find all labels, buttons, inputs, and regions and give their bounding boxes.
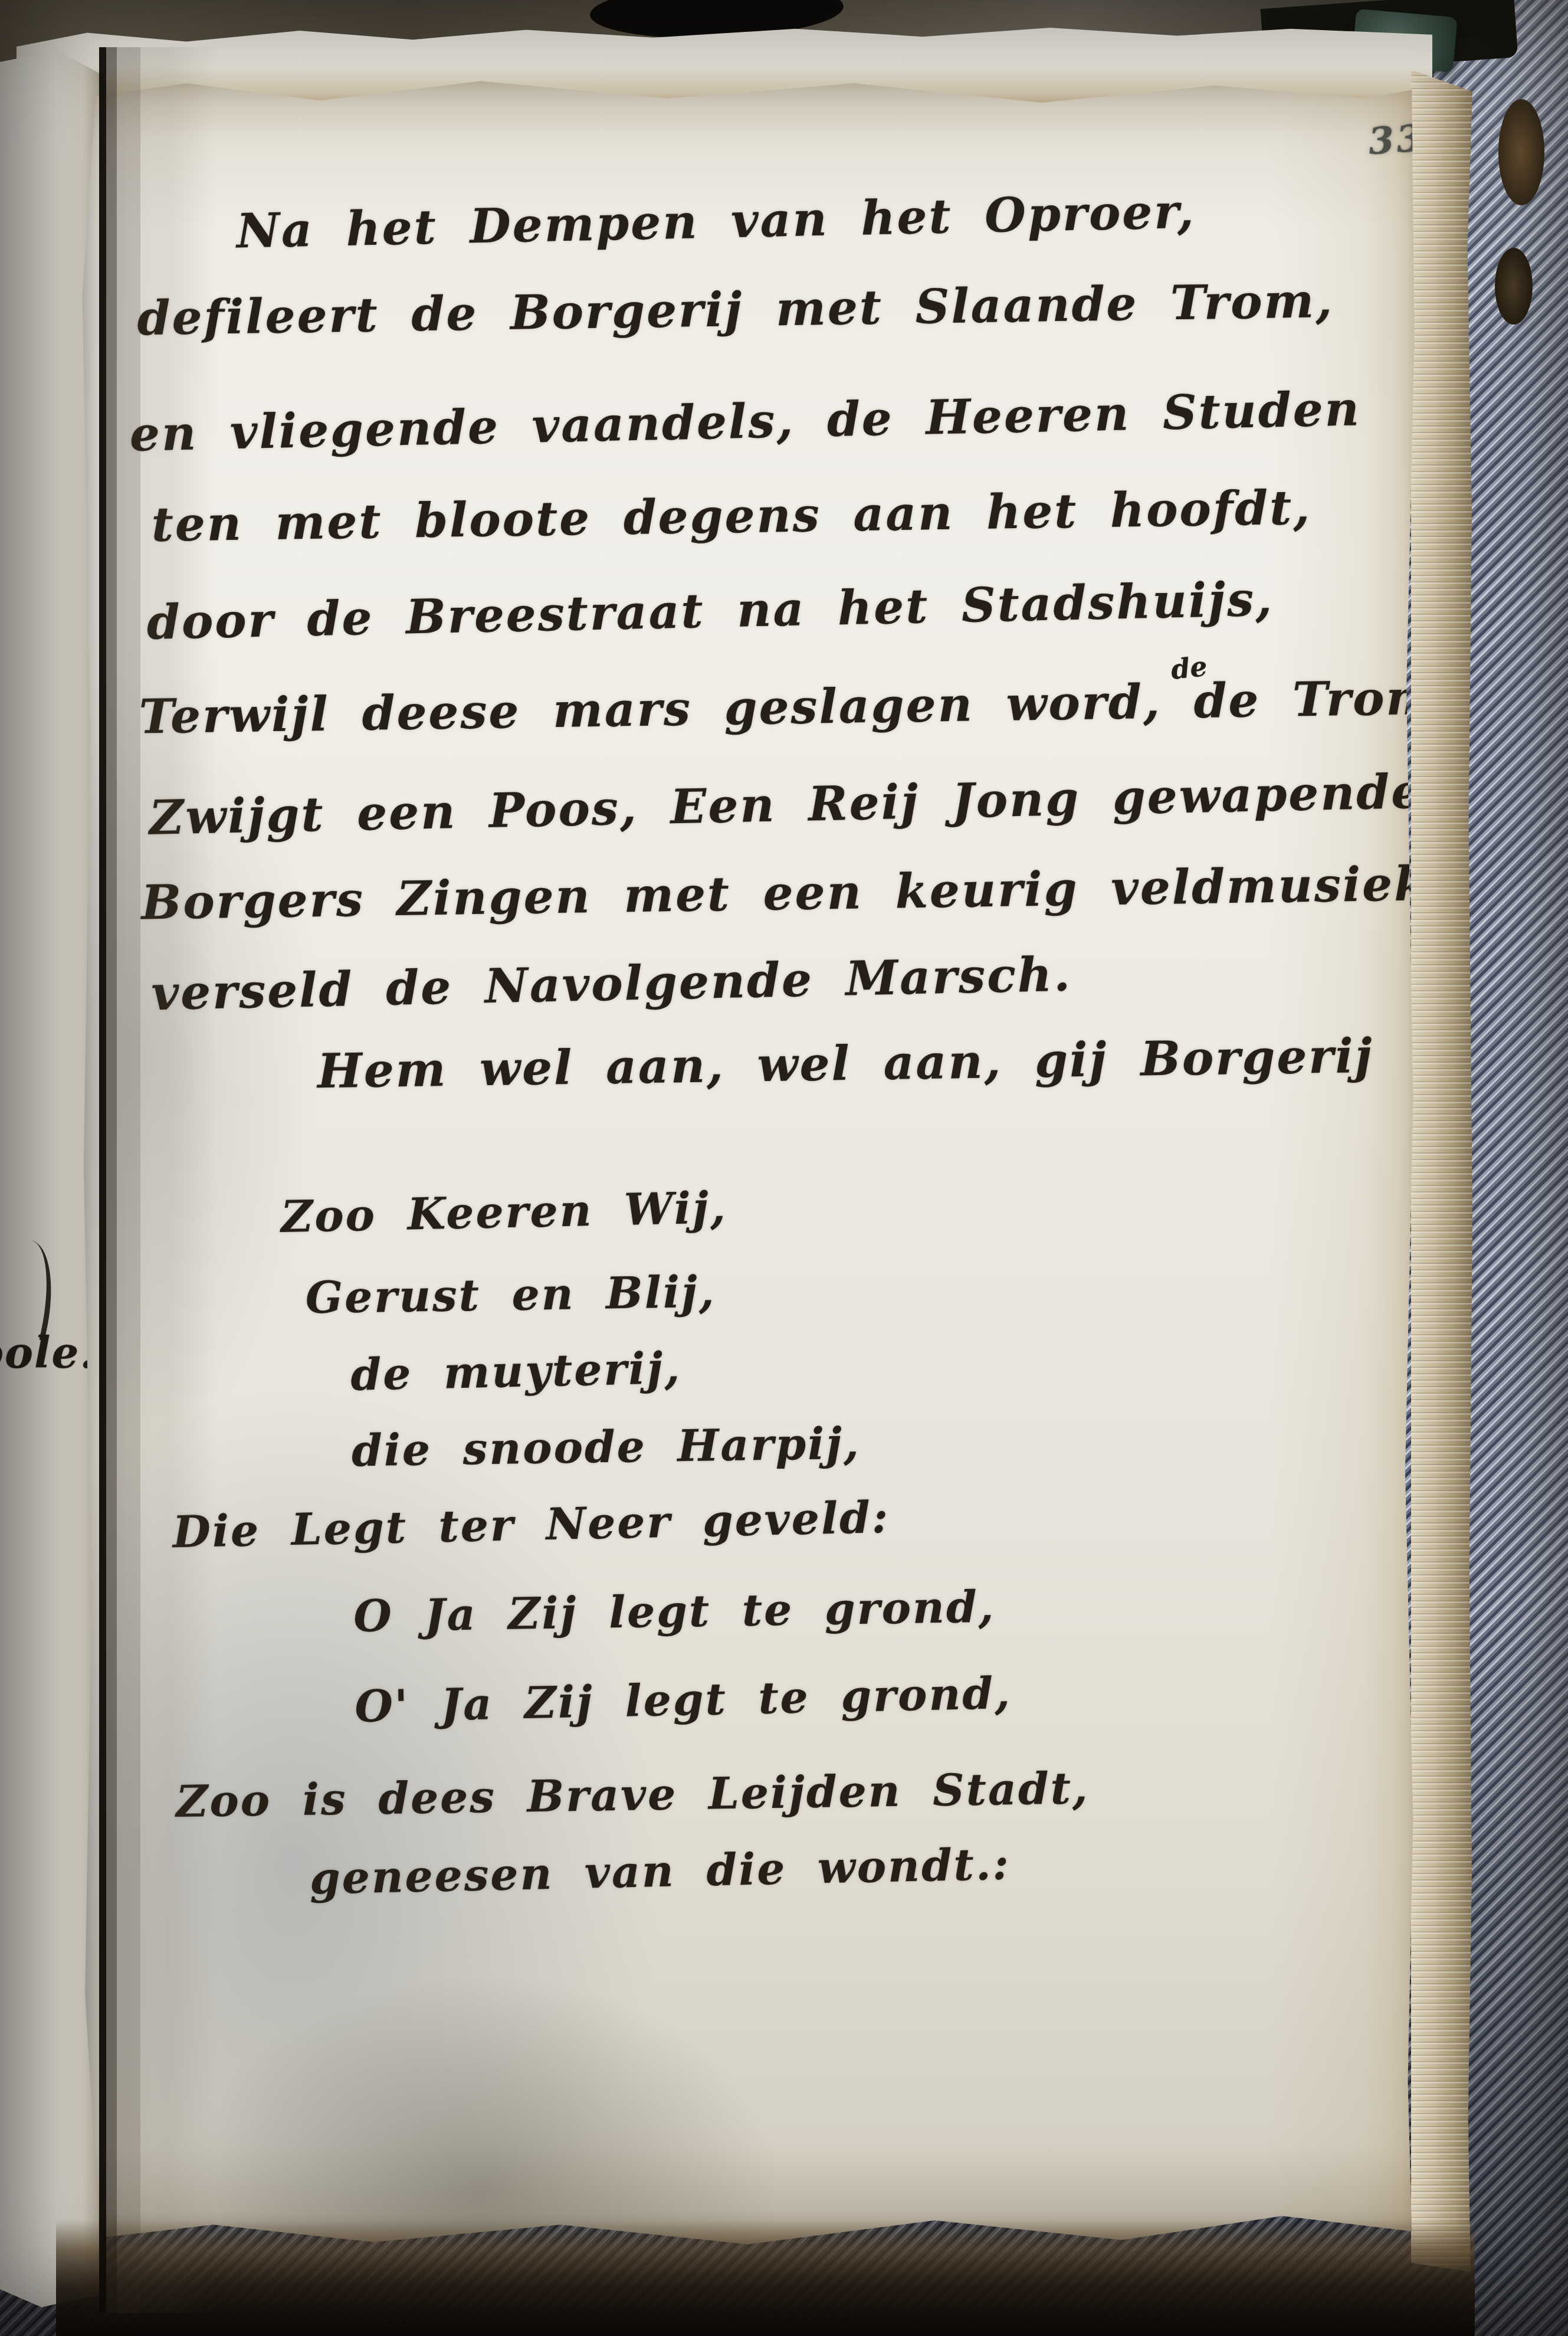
manuscript-line: Terwijl deese mars geslagen word, de Tro…: [139, 670, 1438, 745]
margin-ascender-stroke: [0, 1237, 64, 1341]
manuscript-line: verseld de Navolgende Marsch.: [151, 946, 1072, 1021]
manuscript-photo: oole. 33 Na het Dempen van het Oproer, d…: [0, 0, 1568, 2336]
page-edge-stack-right: [1411, 70, 1472, 2272]
manuscript-line: defileert de Borgerij met Slaande Trom,: [137, 273, 1334, 346]
manuscript-line: door de Breestraat na het Stadshuijs,: [146, 571, 1274, 650]
song-line: die snoode Harpij,: [351, 1418, 861, 1477]
song-line: Die Legt ter Neer geveld:: [172, 1492, 890, 1558]
manuscript-line: Borgers Zingen met een keurig veldmusiek: [141, 856, 1429, 930]
manuscript-line: Zwijgt een Poos, Een Reij Jong gewapende: [149, 764, 1423, 846]
song-line: de muyterij,: [350, 1343, 682, 1401]
margin-text-fragment: oole.: [0, 1328, 96, 1378]
manuscript-page: 33 Na het Dempen van het Oproer, defilee…: [80, 77, 1416, 2255]
manuscript-line: en vliegende vaandels, de Heeren Studen: [129, 381, 1362, 462]
manuscript-line: ten met bloote degens aan het hoofdt,: [151, 480, 1311, 552]
song-line: O Ja Zij legt te grond,: [353, 1582, 996, 1642]
song-line: Zoo Keeren Wij,: [280, 1182, 727, 1243]
song-line: Gerust en Blij,: [305, 1267, 716, 1323]
song-line: geneesen van die wondt.:: [309, 1839, 1011, 1904]
manuscript-line: Hem wel aan, wel aan, gij Borgerij: [317, 1028, 1374, 1099]
song-line: O' Ja Zij legt te grond,: [354, 1668, 1012, 1732]
song-line: Zoo is dees Brave Leijden Stadt,: [176, 1763, 1090, 1827]
handwritten-text: Na het Dempen van het Oproer, defileert …: [78, 61, 1441, 2255]
manuscript-line: Na het Dempen van het Oproer,: [236, 184, 1196, 259]
cover-gap-shadow: [1495, 248, 1533, 325]
superscript-insertion: de: [1169, 650, 1209, 686]
cover-gap-shadow: [1498, 99, 1544, 205]
